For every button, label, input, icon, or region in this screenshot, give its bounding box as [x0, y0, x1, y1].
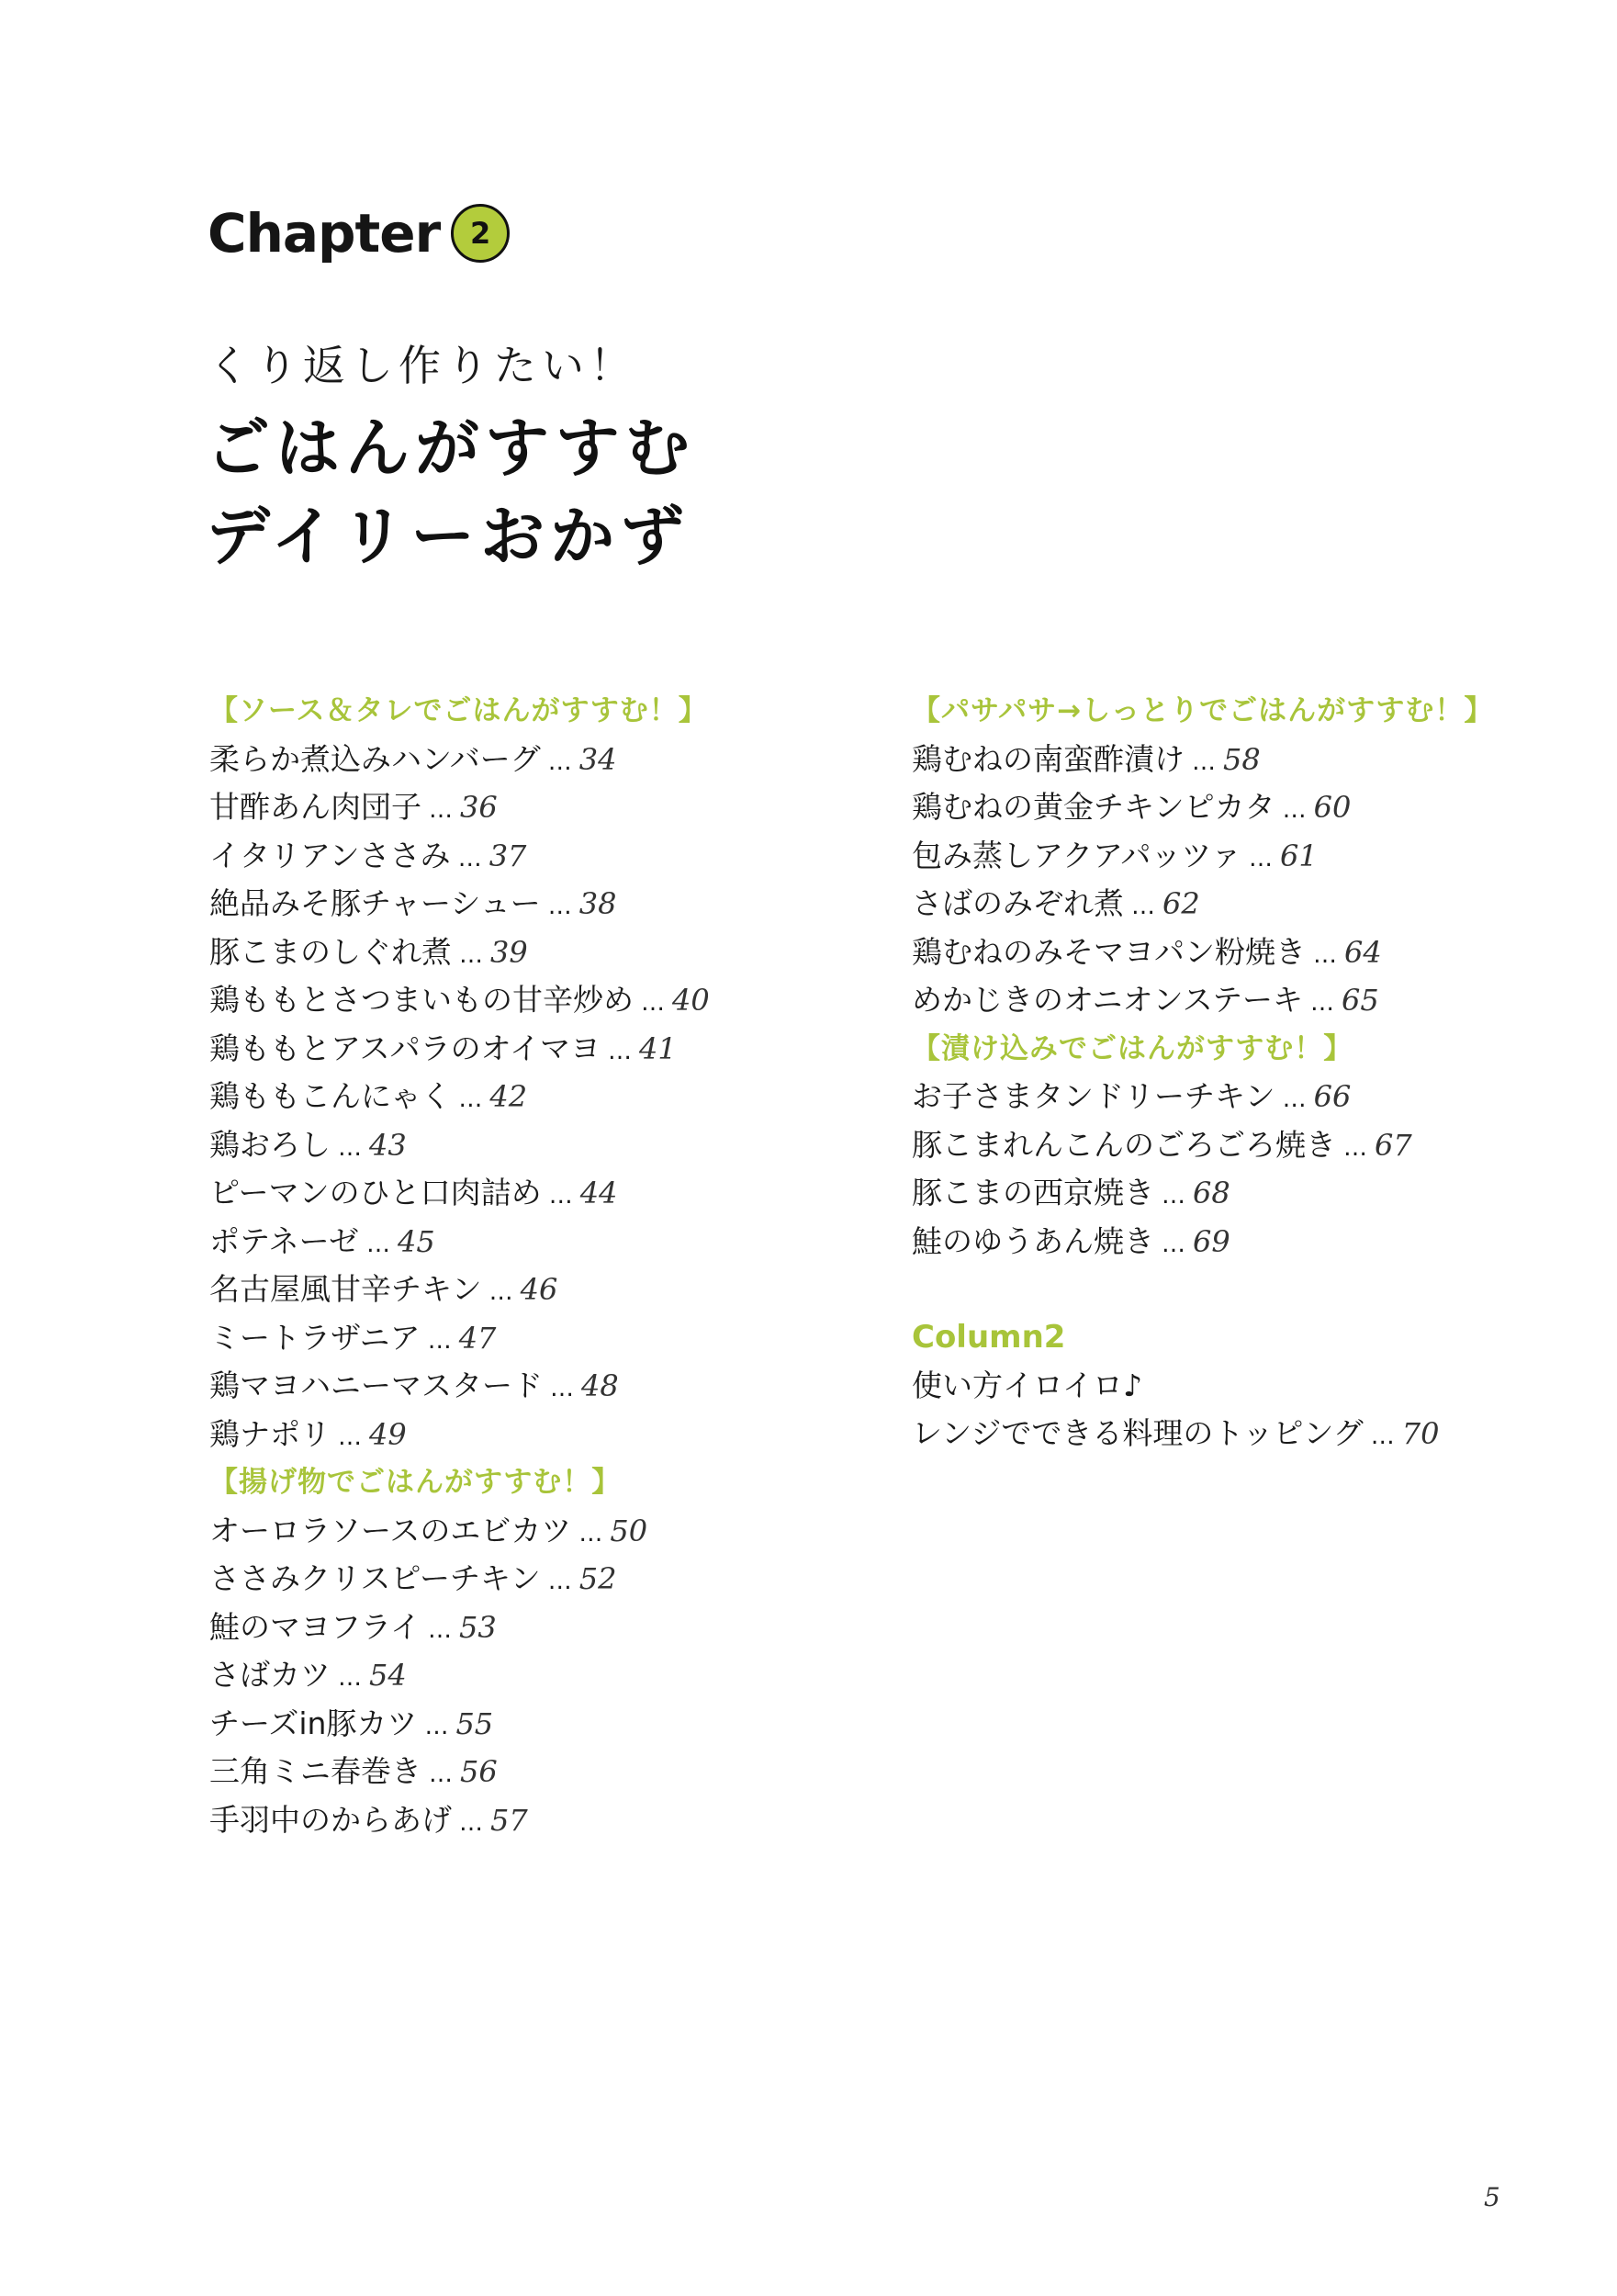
- toc-entry[interactable]: レンジでできる料理のトッピング…70: [912, 1410, 1493, 1458]
- toc-entry-title: 甘酢あん肉団子: [209, 789, 421, 825]
- leader-dots: …: [1310, 989, 1334, 1017]
- toc-entry-page: 47: [459, 1321, 497, 1356]
- leader-dots: …: [1283, 796, 1307, 824]
- toc-entry-title: イタリアンささみ: [209, 838, 451, 873]
- toc-entry[interactable]: 鶏マヨハニーマスタード…48: [209, 1362, 710, 1411]
- toc-entry[interactable]: めかじきのオニオンステーキ…65: [912, 976, 1493, 1025]
- leader-dots: …: [458, 1086, 482, 1113]
- toc-entry[interactable]: 三角ミニ春巻き…56: [209, 1748, 710, 1796]
- toc-entry-page: 39: [490, 935, 528, 970]
- chapter-subtitle: くり返し作りたい！: [208, 332, 637, 393]
- section-heading: 【揚げ物でごはんがすすむ！】: [209, 1458, 710, 1507]
- toc-entry[interactable]: ミートラザニア…47: [209, 1314, 710, 1363]
- leader-dots: …: [1162, 1182, 1185, 1210]
- toc-entry-title: ミートラザニア: [209, 1320, 421, 1356]
- toc-entry-title: 鶏ももとさつまいもの甘辛炒め: [209, 982, 634, 1018]
- leader-dots: …: [489, 1278, 513, 1306]
- toc-entry-title: 三角ミニ春巻き: [209, 1753, 421, 1789]
- leader-dots: …: [1131, 893, 1155, 920]
- toc-entry-title: 鶏むねの南蛮酢漬け: [912, 741, 1185, 777]
- toc-entry-page: 61: [1280, 838, 1318, 873]
- toc-entry[interactable]: 鶏むねの南蛮酢漬け…58: [912, 736, 1493, 784]
- toc-entry[interactable]: 豚こまの西京焼き…68: [912, 1169, 1493, 1218]
- toc-entry-title: チーズin豚カツ: [209, 1705, 417, 1741]
- toc-entry-title: 包み蒸しアクアパッツァ: [912, 838, 1241, 873]
- toc-entry-page: 55: [455, 1706, 493, 1741]
- toc-entry[interactable]: オーロラソースのエビカツ…50: [209, 1507, 710, 1556]
- toc-entry-title: 絶品みそ豚チャーシュー: [209, 885, 541, 921]
- toc-entry[interactable]: 鮭のマヨフライ…53: [209, 1604, 710, 1652]
- toc-entry[interactable]: 豚こまれんこんのごろごろ焼き…67: [912, 1121, 1493, 1170]
- toc-entry[interactable]: 豚こまのしぐれ煮…39: [209, 929, 710, 977]
- leader-dots: …: [1249, 845, 1273, 872]
- toc-entry[interactable]: 鶏むねのみそマヨパン粉焼き…64: [912, 929, 1493, 977]
- chapter-title-line-1: ごはんがすすむ: [206, 404, 695, 492]
- toc-entry-title: ピーマンのひと口肉詰め: [209, 1175, 542, 1210]
- toc-entry[interactable]: 鶏むねの黄金チキンピカタ…60: [912, 783, 1493, 832]
- toc-entry[interactable]: 包み蒸しアクアパッツァ…61: [912, 832, 1493, 881]
- toc-entry-page: 60: [1314, 790, 1352, 825]
- toc-entry[interactable]: イタリアンささみ…37: [209, 832, 710, 881]
- toc-entry-title: 鮭のマヨフライ: [209, 1609, 421, 1645]
- leader-dots: …: [549, 1182, 573, 1210]
- leader-dots: …: [641, 989, 665, 1017]
- toc-entry-page: 43: [369, 1128, 407, 1163]
- toc-entry-page: 50: [610, 1514, 647, 1548]
- toc-entry[interactable]: 絶品みそ豚チャーシュー…38: [209, 880, 710, 929]
- leader-dots: …: [1283, 1086, 1307, 1113]
- leader-dots: …: [458, 845, 482, 872]
- toc-entry[interactable]: ささみクリスピーチキン…52: [209, 1555, 710, 1604]
- toc-entry-title: 鶏むねの黄金チキンピカタ: [912, 789, 1275, 825]
- leader-dots: …: [424, 1713, 448, 1740]
- chapter-number-badge: 2: [451, 204, 510, 263]
- toc-entry-page: 68: [1193, 1176, 1230, 1210]
- leader-dots: …: [338, 1424, 362, 1451]
- toc-entry-page: 41: [639, 1031, 677, 1066]
- toc-entry-page: 70: [1402, 1416, 1440, 1451]
- toc-entry-page: 42: [489, 1079, 527, 1114]
- toc-entry-page: 49: [369, 1417, 407, 1452]
- leader-dots: …: [429, 1761, 453, 1788]
- leader-dots: …: [578, 1520, 602, 1548]
- leader-dots: …: [338, 1134, 362, 1162]
- toc-entry-title: めかじきのオニオンステーキ: [912, 982, 1303, 1018]
- toc-entry-title: 鶏ももこんにゃく: [209, 1078, 451, 1114]
- toc-entry-title: 豚こまれんこんのごろごろ焼き: [912, 1127, 1336, 1163]
- toc-entry-title: 鶏おろし: [209, 1127, 331, 1163]
- toc-entry[interactable]: 鶏ももこんにゃく…42: [209, 1073, 710, 1121]
- toc-entry-title: 鶏マヨハニーマスタード: [209, 1367, 543, 1403]
- toc-entry[interactable]: 鶏ナポリ…49: [209, 1411, 710, 1459]
- toc-entry[interactable]: さばカツ…54: [209, 1651, 710, 1700]
- toc-entry-page: 57: [490, 1803, 528, 1838]
- leader-dots: …: [459, 1809, 483, 1837]
- toc-entry-page: 58: [1223, 742, 1261, 777]
- page-number: 5: [1484, 2182, 1500, 2212]
- leader-dots: …: [1313, 941, 1337, 969]
- leader-dots: …: [428, 1616, 452, 1644]
- toc-entry-title: 鶏ナポリ: [209, 1416, 331, 1452]
- section-heading: 【漬け込みでごはんがすすむ！】: [912, 1025, 1493, 1074]
- section-heading: 【パサパサ→しっとりでごはんがすすむ！】: [912, 687, 1493, 736]
- toc-entry-page: 62: [1162, 886, 1200, 921]
- toc-entry-page: 54: [369, 1658, 407, 1693]
- leader-dots: …: [550, 1375, 574, 1402]
- leader-dots: …: [338, 1664, 362, 1692]
- toc-entry[interactable]: ポテネーゼ…45: [209, 1218, 710, 1266]
- toc-entry[interactable]: ピーマンのひと口肉詰め…44: [209, 1169, 710, 1218]
- toc-entry-title: 鮭のゆうあん焼き: [912, 1223, 1154, 1259]
- toc-entry-page: 48: [581, 1368, 619, 1403]
- leader-dots: …: [1371, 1423, 1395, 1450]
- toc-entry[interactable]: 鶏ももとさつまいもの甘辛炒め…40: [209, 976, 710, 1025]
- toc-entry[interactable]: 鶏おろし…43: [209, 1121, 710, 1170]
- leader-dots: …: [1343, 1134, 1367, 1162]
- toc-entry-title: さばのみぞれ煮: [912, 885, 1124, 921]
- toc-entry-page: 67: [1375, 1128, 1412, 1163]
- toc-entry-page: 66: [1314, 1079, 1352, 1114]
- toc-entry[interactable]: 名古屋風甘辛チキン…46: [209, 1266, 710, 1314]
- toc-right-column: 【パサパサ→しっとりでごはんがすすむ！】鶏むねの南蛮酢漬け…58鶏むねの黄金チキ…: [912, 687, 1493, 1458]
- leader-dots: …: [608, 1038, 632, 1065]
- toc-entry-title: お子さまタンドリーチキン: [912, 1078, 1275, 1114]
- toc-entry[interactable]: さばのみぞれ煮…62: [912, 880, 1493, 929]
- column-intro: 使い方イロイロ♪: [912, 1362, 1493, 1411]
- section-heading: 【ソース＆タレでごはんがすすむ！】: [209, 687, 710, 736]
- toc-entry-page: 37: [489, 838, 527, 873]
- toc-left-column: 【ソース＆タレでごはんがすすむ！】柔らか煮込みハンバーグ…34甘酢あん肉団子…3…: [209, 687, 710, 1844]
- chapter-label: Chapter: [208, 202, 440, 264]
- toc-entry-title: 鶏ももとアスパラのオイマヨ: [209, 1030, 601, 1066]
- leader-dots: …: [428, 1327, 452, 1355]
- toc-entry-title: ささみクリスピーチキン: [209, 1560, 541, 1596]
- toc-entry-title: 豚こまのしぐれ煮: [209, 934, 452, 970]
- toc-entry-title: オーロラソースのエビカツ: [209, 1513, 571, 1548]
- leader-dots: …: [366, 1231, 390, 1258]
- toc-entry-title: さばカツ: [209, 1657, 331, 1693]
- toc-entry-page: 45: [398, 1224, 435, 1259]
- toc-entry-title: ポテネーゼ: [209, 1223, 359, 1259]
- toc-entry[interactable]: 甘酢あん肉団子…36: [209, 783, 710, 832]
- toc-entry-page: 36: [460, 790, 498, 825]
- toc-entry[interactable]: 鶏ももとアスパラのオイマヨ…41: [209, 1025, 710, 1074]
- leader-dots: …: [548, 893, 572, 920]
- leader-dots: …: [1192, 748, 1216, 776]
- toc-entry-page: 46: [521, 1272, 558, 1307]
- toc-entry-title: 手羽中のからあげ: [209, 1802, 452, 1838]
- toc-entry-page: 65: [1342, 983, 1379, 1018]
- leader-dots: …: [429, 796, 453, 824]
- toc-entry-page: 44: [580, 1176, 618, 1210]
- toc-entry-page: 64: [1344, 935, 1382, 970]
- toc-entry-page: 53: [459, 1610, 497, 1645]
- toc-entry[interactable]: チーズin豚カツ…55: [209, 1700, 710, 1749]
- toc-entry-title: 柔らか煮込みハンバーグ: [209, 741, 541, 777]
- chapter-title: ごはんがすすむ デイリーおかず: [206, 404, 695, 580]
- toc-entry-page: 34: [579, 742, 617, 777]
- toc-entry[interactable]: お子さまタンドリーチキン…66: [912, 1073, 1493, 1121]
- toc-entry[interactable]: 鮭のゆうあん焼き…69: [912, 1218, 1493, 1266]
- leader-dots: …: [459, 941, 483, 969]
- chapter-header: Chapter 2: [208, 202, 510, 264]
- toc-entry-page: 38: [579, 886, 617, 921]
- column-heading: Column2: [912, 1313, 1493, 1362]
- toc-entry-title: 名古屋風甘辛チキン: [209, 1271, 482, 1307]
- toc-entry-page: 56: [460, 1754, 498, 1789]
- toc-entry-title: 鶏むねのみそマヨパン粉焼き: [912, 934, 1306, 970]
- toc-entry[interactable]: 手羽中のからあげ…57: [209, 1796, 710, 1845]
- chapter-title-line-2: デイリーおかず: [206, 492, 695, 580]
- toc-entry-page: 52: [579, 1561, 617, 1596]
- leader-dots: …: [548, 748, 572, 776]
- toc-entry-page: 40: [672, 983, 710, 1018]
- toc-entry[interactable]: 柔らか煮込みハンバーグ…34: [209, 736, 710, 784]
- leader-dots: …: [1162, 1231, 1185, 1258]
- toc-entry-title: レンジでできる料理のトッピング: [912, 1415, 1364, 1451]
- toc-entry-page: 69: [1193, 1224, 1230, 1259]
- leader-dots: …: [548, 1568, 572, 1595]
- toc-entry-title: 豚こまの西京焼き: [912, 1175, 1154, 1210]
